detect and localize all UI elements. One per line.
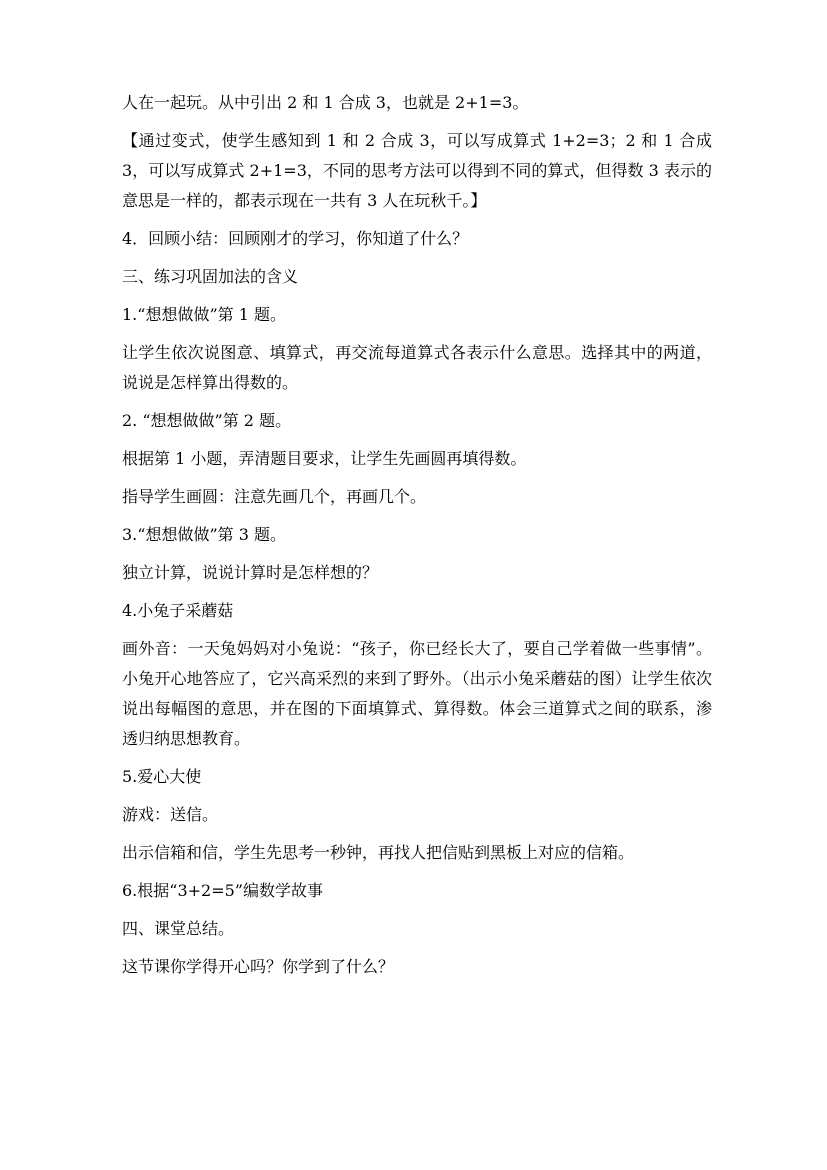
paragraph: 三、练习巩固加法的含义 [122,262,712,292]
paragraph: 2. “想想做做”第 2 题。 [122,406,712,436]
document-page: 人在一起玩。从中引出 2 和 1 合成 3，也就是 2+1=3。【通过变式，使学… [0,0,827,1170]
paragraph: 出示信箱和信，学生先思考一秒钟，再找人把信贴到黑板上对应的信箱。 [122,838,712,868]
paragraph: 5.爱心大使 [122,762,712,792]
document-content: 人在一起玩。从中引出 2 和 1 合成 3，也就是 2+1=3。【通过变式，使学… [122,88,712,990]
paragraph: 独立计算，说说计算时是怎样想的？ [122,558,712,588]
paragraph: 4.小兔子采蘑菇 [122,596,712,626]
paragraph: 四、课堂总结。 [122,914,712,944]
paragraph: 根据第 1 小题，弄清题目要求，让学生先画圆再填得数。 [122,444,712,474]
paragraph: 3.“想想做做”第 3 题。 [122,520,712,550]
paragraph: 这节课你学得开心吗？你学到了什么？ [122,952,712,982]
paragraph: 让学生依次说图意、填算式，再交流每道算式各表示什么意思。选择其中的两道，说说是怎… [122,338,712,398]
paragraph: 【通过变式，使学生感知到 1 和 2 合成 3，可以写成算式 1+2=3；2 和… [122,126,712,216]
paragraph: 指导学生画圆：注意先画几个，再画几个。 [122,482,712,512]
paragraph: 画外音：一天兔妈妈对小兔说：“孩子，你已经长大了，要自己学着做一些事情”。小兔开… [122,634,712,754]
paragraph: 人在一起玩。从中引出 2 和 1 合成 3，也就是 2+1=3。 [122,88,712,118]
paragraph: 4．回顾小结：回顾刚才的学习，你知道了什么？ [122,224,712,254]
paragraph: 游戏：送信。 [122,800,712,830]
paragraph: 1.“想想做做”第 1 题。 [122,300,712,330]
paragraph: 6.根据“3+2=5”编数学故事 [122,876,712,906]
